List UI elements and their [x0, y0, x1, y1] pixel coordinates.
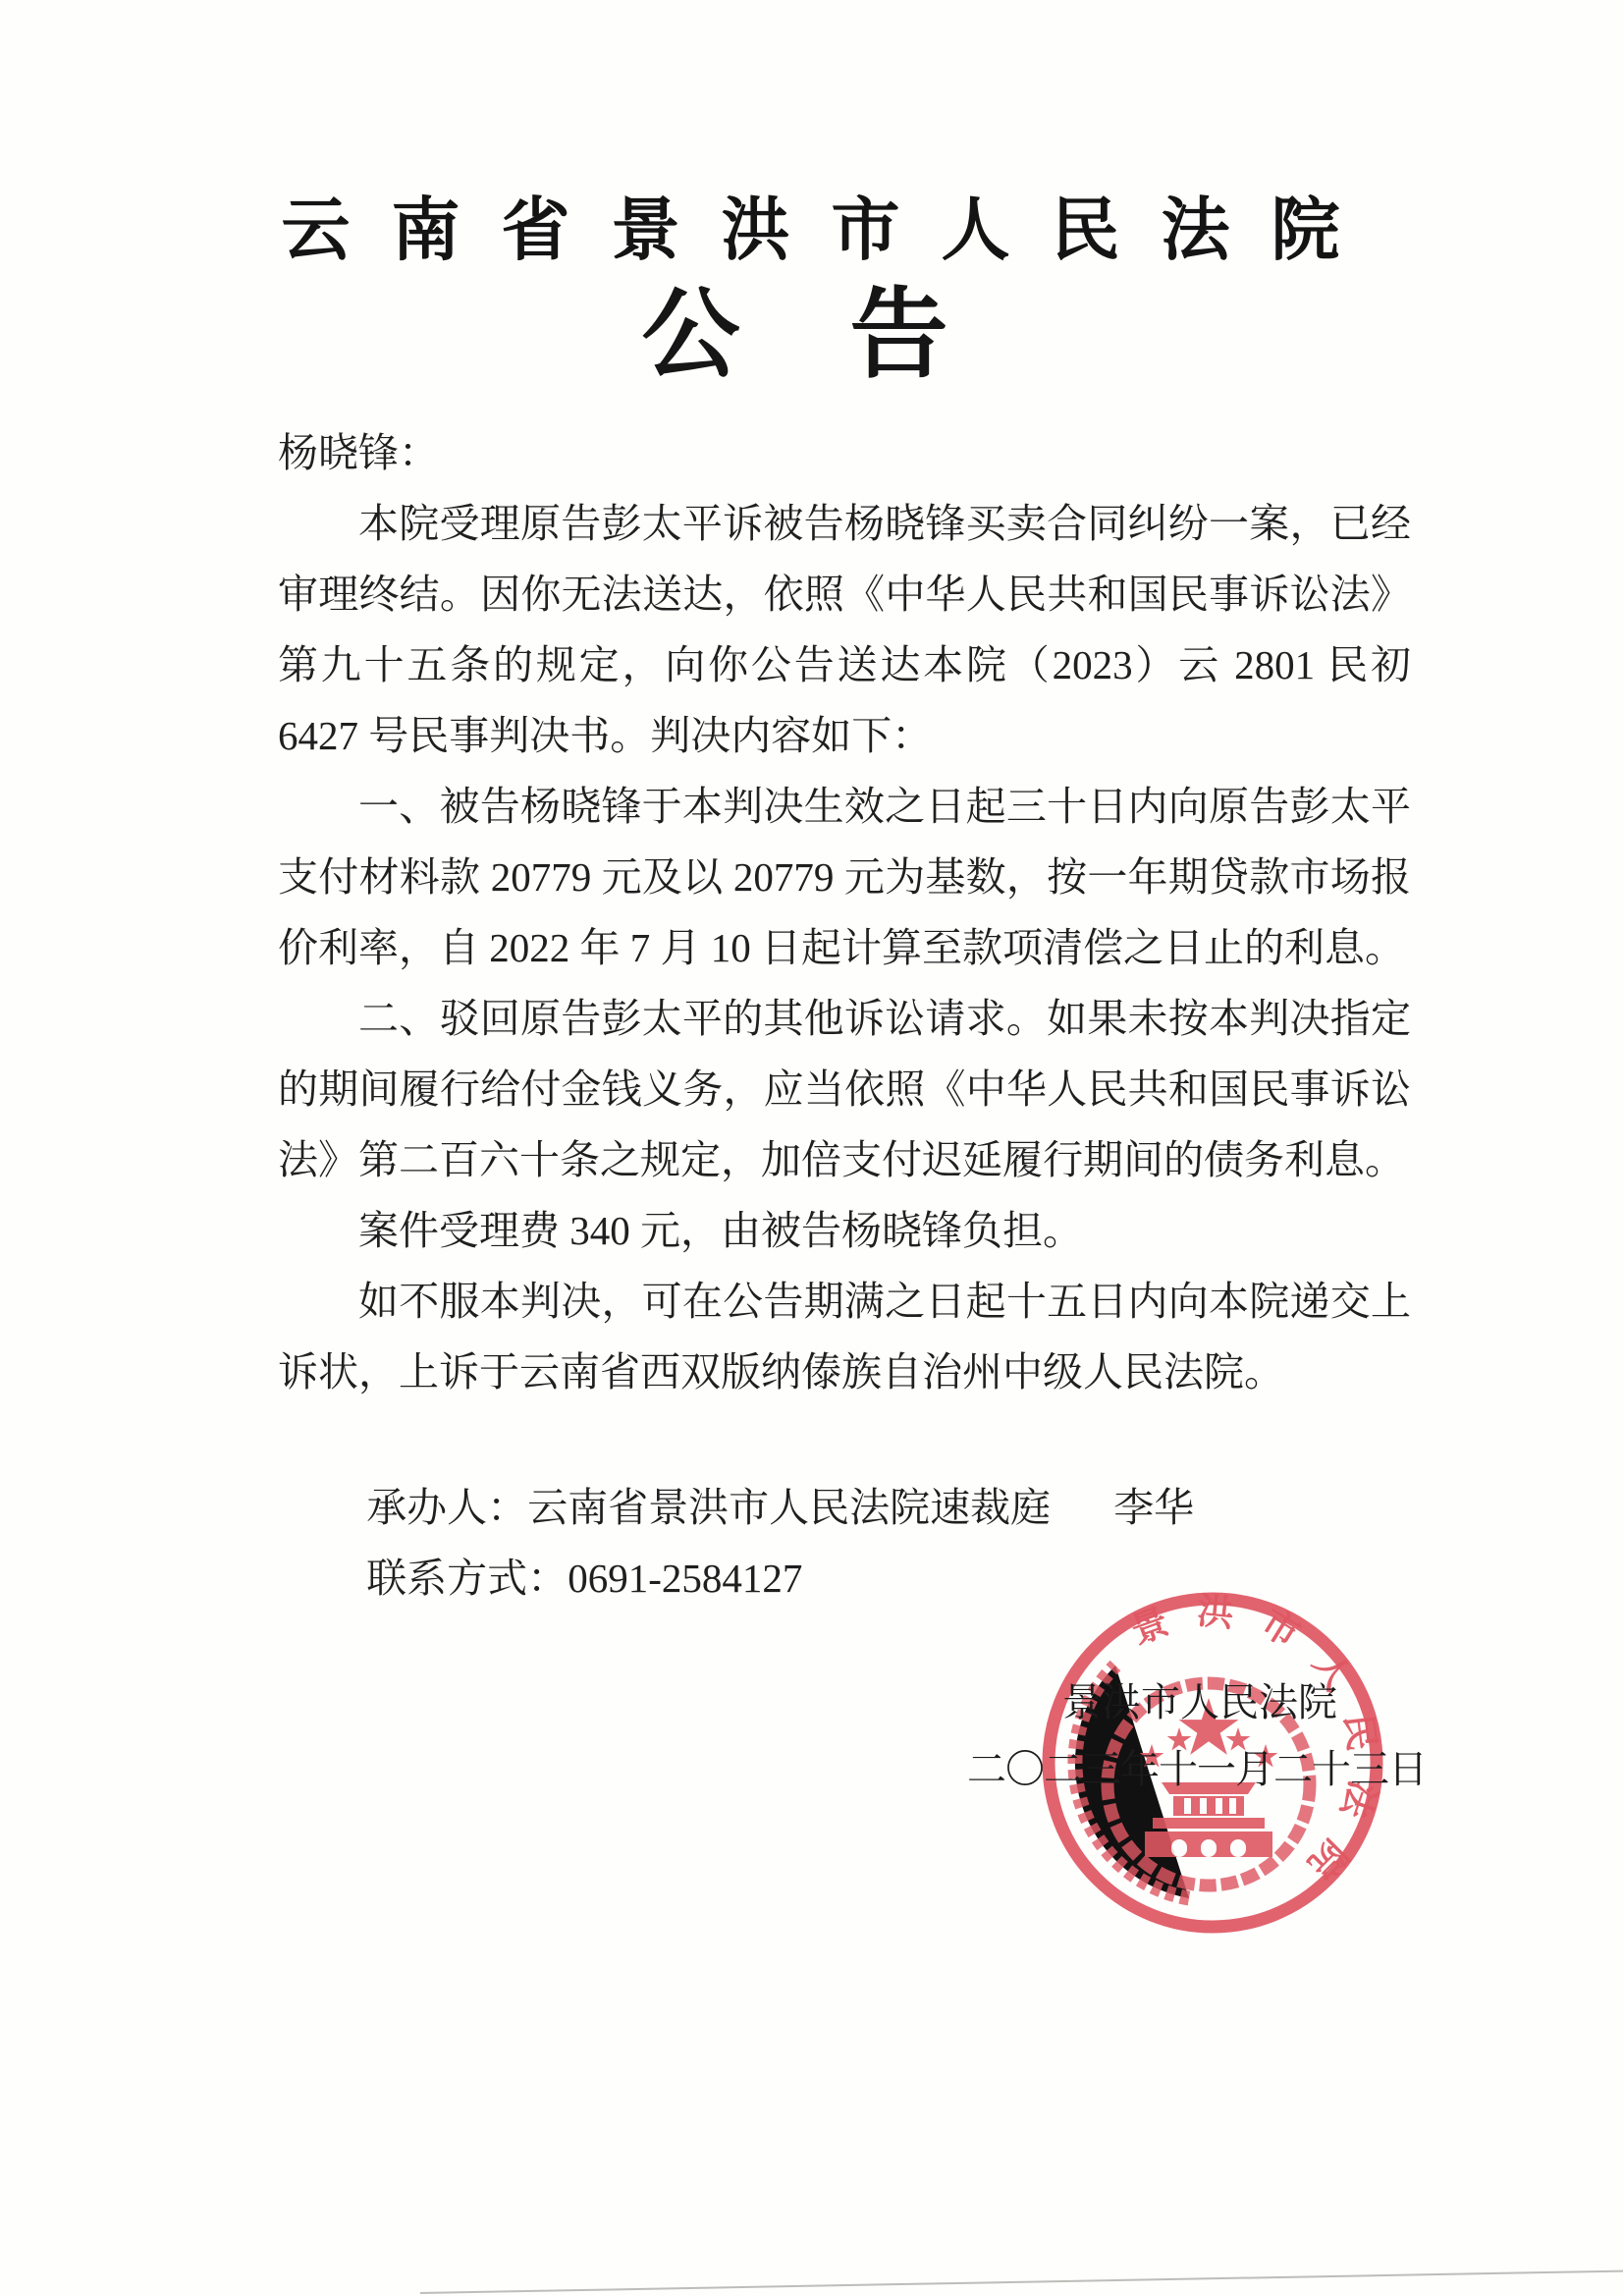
handler-name: 李华 — [1113, 1485, 1194, 1530]
contact-label: 联系方式： — [366, 1556, 568, 1601]
handler-label: 承办人： — [366, 1485, 527, 1530]
paragraph-court-fee: 案件受理费 340 元，由被告杨晓锋负担。 — [278, 1195, 1411, 1266]
document-page: 云南省景洪市人民法院 公告 杨晓锋： 本院受理原告彭太平诉被告杨晓锋买卖合同纠纷… — [0, 0, 1623, 2296]
paragraph-judgment-item-2: 二、驳回原告彭太平的其他诉讼请求。如果未按本判决指定的期间履行给付金钱义务，应当… — [278, 983, 1411, 1195]
signature-court-name: 景洪市人民法院 — [1062, 1681, 1337, 1724]
paragraph-appeal-notice: 如不服本判决，可在公告期满之日起十五日内向本院递交上诉状，上诉于云南省西双版纳傣… — [278, 1266, 1411, 1407]
paragraph-judgment-item-1: 一、被告杨晓锋于本判决生效之日起三十日内向原告彭太平支付材料款 20779 元及… — [278, 771, 1411, 983]
document-body: 杨晓锋： 本院受理原告彭太平诉被告杨晓锋买卖合同纠纷一案，已经审理终结。因你无法… — [278, 417, 1411, 1613]
paragraph-intro: 本院受理原告彭太平诉被告杨晓锋买卖合同纠纷一案，已经审理终结。因你无法送达，依照… — [278, 488, 1411, 771]
page-title: 云南省景洪市人民法院 — [0, 189, 1623, 271]
scan-artifact-line — [420, 2269, 1623, 2294]
salutation: 杨晓锋： — [278, 417, 1411, 488]
signature-date: 二〇二三年十一月二十三日 — [967, 1748, 1427, 1791]
page-subtitle: 公告 — [0, 277, 1623, 393]
tiananmen-gate — [1145, 1782, 1272, 1857]
contact-phone: 0691-2584127 — [568, 1556, 802, 1601]
handler-office: 云南省景洪市人民法院速裁庭 — [527, 1485, 1051, 1530]
handler-line: 承办人：云南省景洪市人民法院速裁庭李华 — [278, 1472, 1411, 1543]
